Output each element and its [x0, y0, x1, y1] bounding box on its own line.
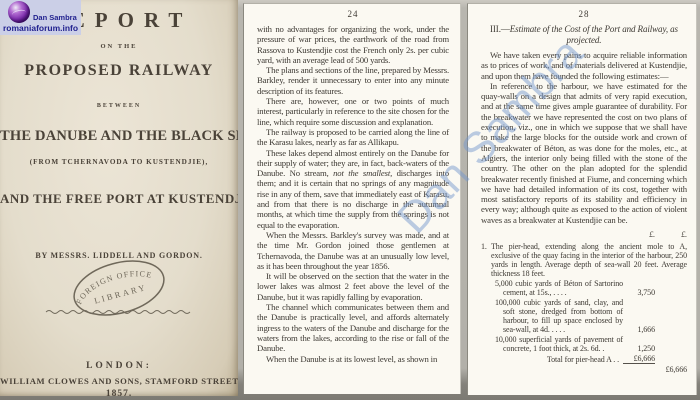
total-label: Total for pier-head A . .	[481, 355, 623, 364]
imprint-publisher: WILLIAM CLOWES AND SONS, STAMFORD STREET…	[0, 376, 238, 386]
paragraph: with no advantages for organizing the wo…	[257, 24, 449, 65]
stamp-flourish-line	[46, 311, 190, 314]
paragraph: In reference to the harbour, we have est…	[481, 81, 687, 225]
row-amount: 1,666	[623, 325, 655, 334]
row-description: 10,000 superficial yards of pavement of …	[481, 335, 623, 353]
row-amount: 1,250	[623, 344, 655, 353]
foreign-office-library-stamp: FOREIGN OFFICE LIBRARY	[44, 256, 194, 328]
title-between: BETWEEN	[0, 103, 238, 109]
currency-col-1: £.	[623, 230, 655, 239]
estimate-carry-row: £6,666	[481, 365, 687, 374]
page-28-number: 28	[481, 9, 687, 19]
row-description: 5,000 cubic yards of Béton of Sartorino …	[481, 279, 623, 297]
title-on-the: ON THE	[0, 43, 238, 50]
imprint-year: 1857.	[0, 389, 238, 396]
section-title: Estimate of the Cost of the Port and Rai…	[510, 24, 678, 45]
estimate-item-1: 1. The pier-head, extending along the an…	[481, 242, 687, 278]
title-free-port: AND THE FREE PORT AT KUSTENDJIE.	[0, 191, 238, 207]
title-page: REPORT ON THE PROPOSED RAILWAY BETWEEN T…	[0, 0, 238, 396]
carry-amount: £6,666	[655, 365, 687, 374]
title-proposed-railway: PROPOSED RAILWAY	[0, 62, 238, 80]
imprint-city: LONDON:	[0, 361, 238, 371]
paragraph: The railway is proposed to be carried al…	[257, 127, 449, 148]
page-28: 28 III.—Estimate of the Cost of the Port…	[467, 3, 697, 395]
estimate-row: 10,000 superficial yards of pavement of …	[481, 335, 687, 353]
paragraph: We have taken every pains to acquire rel…	[481, 50, 687, 81]
paragraph: When the Danube is at its lowest level, …	[257, 354, 449, 364]
total-amount: £6,666	[623, 354, 655, 364]
page-28-body: We have taken every pains to acquire rel…	[481, 50, 687, 225]
section-numeral: III.—	[490, 24, 510, 34]
item-number: 1.	[481, 242, 491, 278]
page-24-body: with no advantages for organizing the wo…	[257, 24, 449, 364]
page-24: 24 with no advantages for organizing the…	[243, 3, 461, 394]
estimate-currency-header: £. £.	[481, 230, 687, 239]
estimate-row: 5,000 cubic yards of Béton of Sartorino …	[481, 279, 687, 297]
estimate-total-row: Total for pier-head A . . £6,666	[481, 354, 687, 364]
currency-col-2: £.	[655, 230, 687, 239]
paragraph: The plans and sections of the line, prep…	[257, 65, 449, 96]
section-heading: III.—Estimate of the Cost of the Port an…	[481, 24, 687, 46]
forum-watermark-badge: Dan Sambra romaniaforum.info	[0, 0, 81, 35]
paragraph-italic-phrase: not the smallest,	[333, 168, 392, 178]
paragraph: It will be observed on the section that …	[257, 271, 449, 302]
paragraph: There are, however, one or two points of…	[257, 96, 449, 127]
watermark-site: romaniaforum.info	[3, 23, 78, 33]
estimate-row: 100,000 cubic yards of sand, clay, and s…	[481, 298, 687, 334]
paragraph: These lakes depend almost entirely on th…	[257, 148, 449, 230]
scanned-document: REPORT ON THE PROPOSED RAILWAY BETWEEN T…	[0, 0, 700, 400]
paragraph: The channel which communicates between t…	[257, 302, 449, 353]
estimate-table: £. £. 1. The pier-head, extending along …	[481, 230, 687, 374]
watermark-author: Dan Sambra	[33, 13, 77, 22]
row-description: 100,000 cubic yards of sand, clay, and s…	[481, 298, 623, 334]
title-route-subtitle: (FROM TCHERNAVODA TO KUSTENDJIE),	[0, 158, 238, 166]
item-description: The pier-head, extending along the ancie…	[491, 242, 687, 278]
paragraph: When the Messrs. Barkley's survey was ma…	[257, 230, 449, 271]
page-24-number: 24	[257, 9, 449, 19]
title-danube-black-sea: THE DANUBE AND THE BLACK SEA,	[0, 128, 238, 145]
row-amount: 3,750	[623, 288, 655, 297]
purple-globe-icon	[8, 1, 30, 23]
